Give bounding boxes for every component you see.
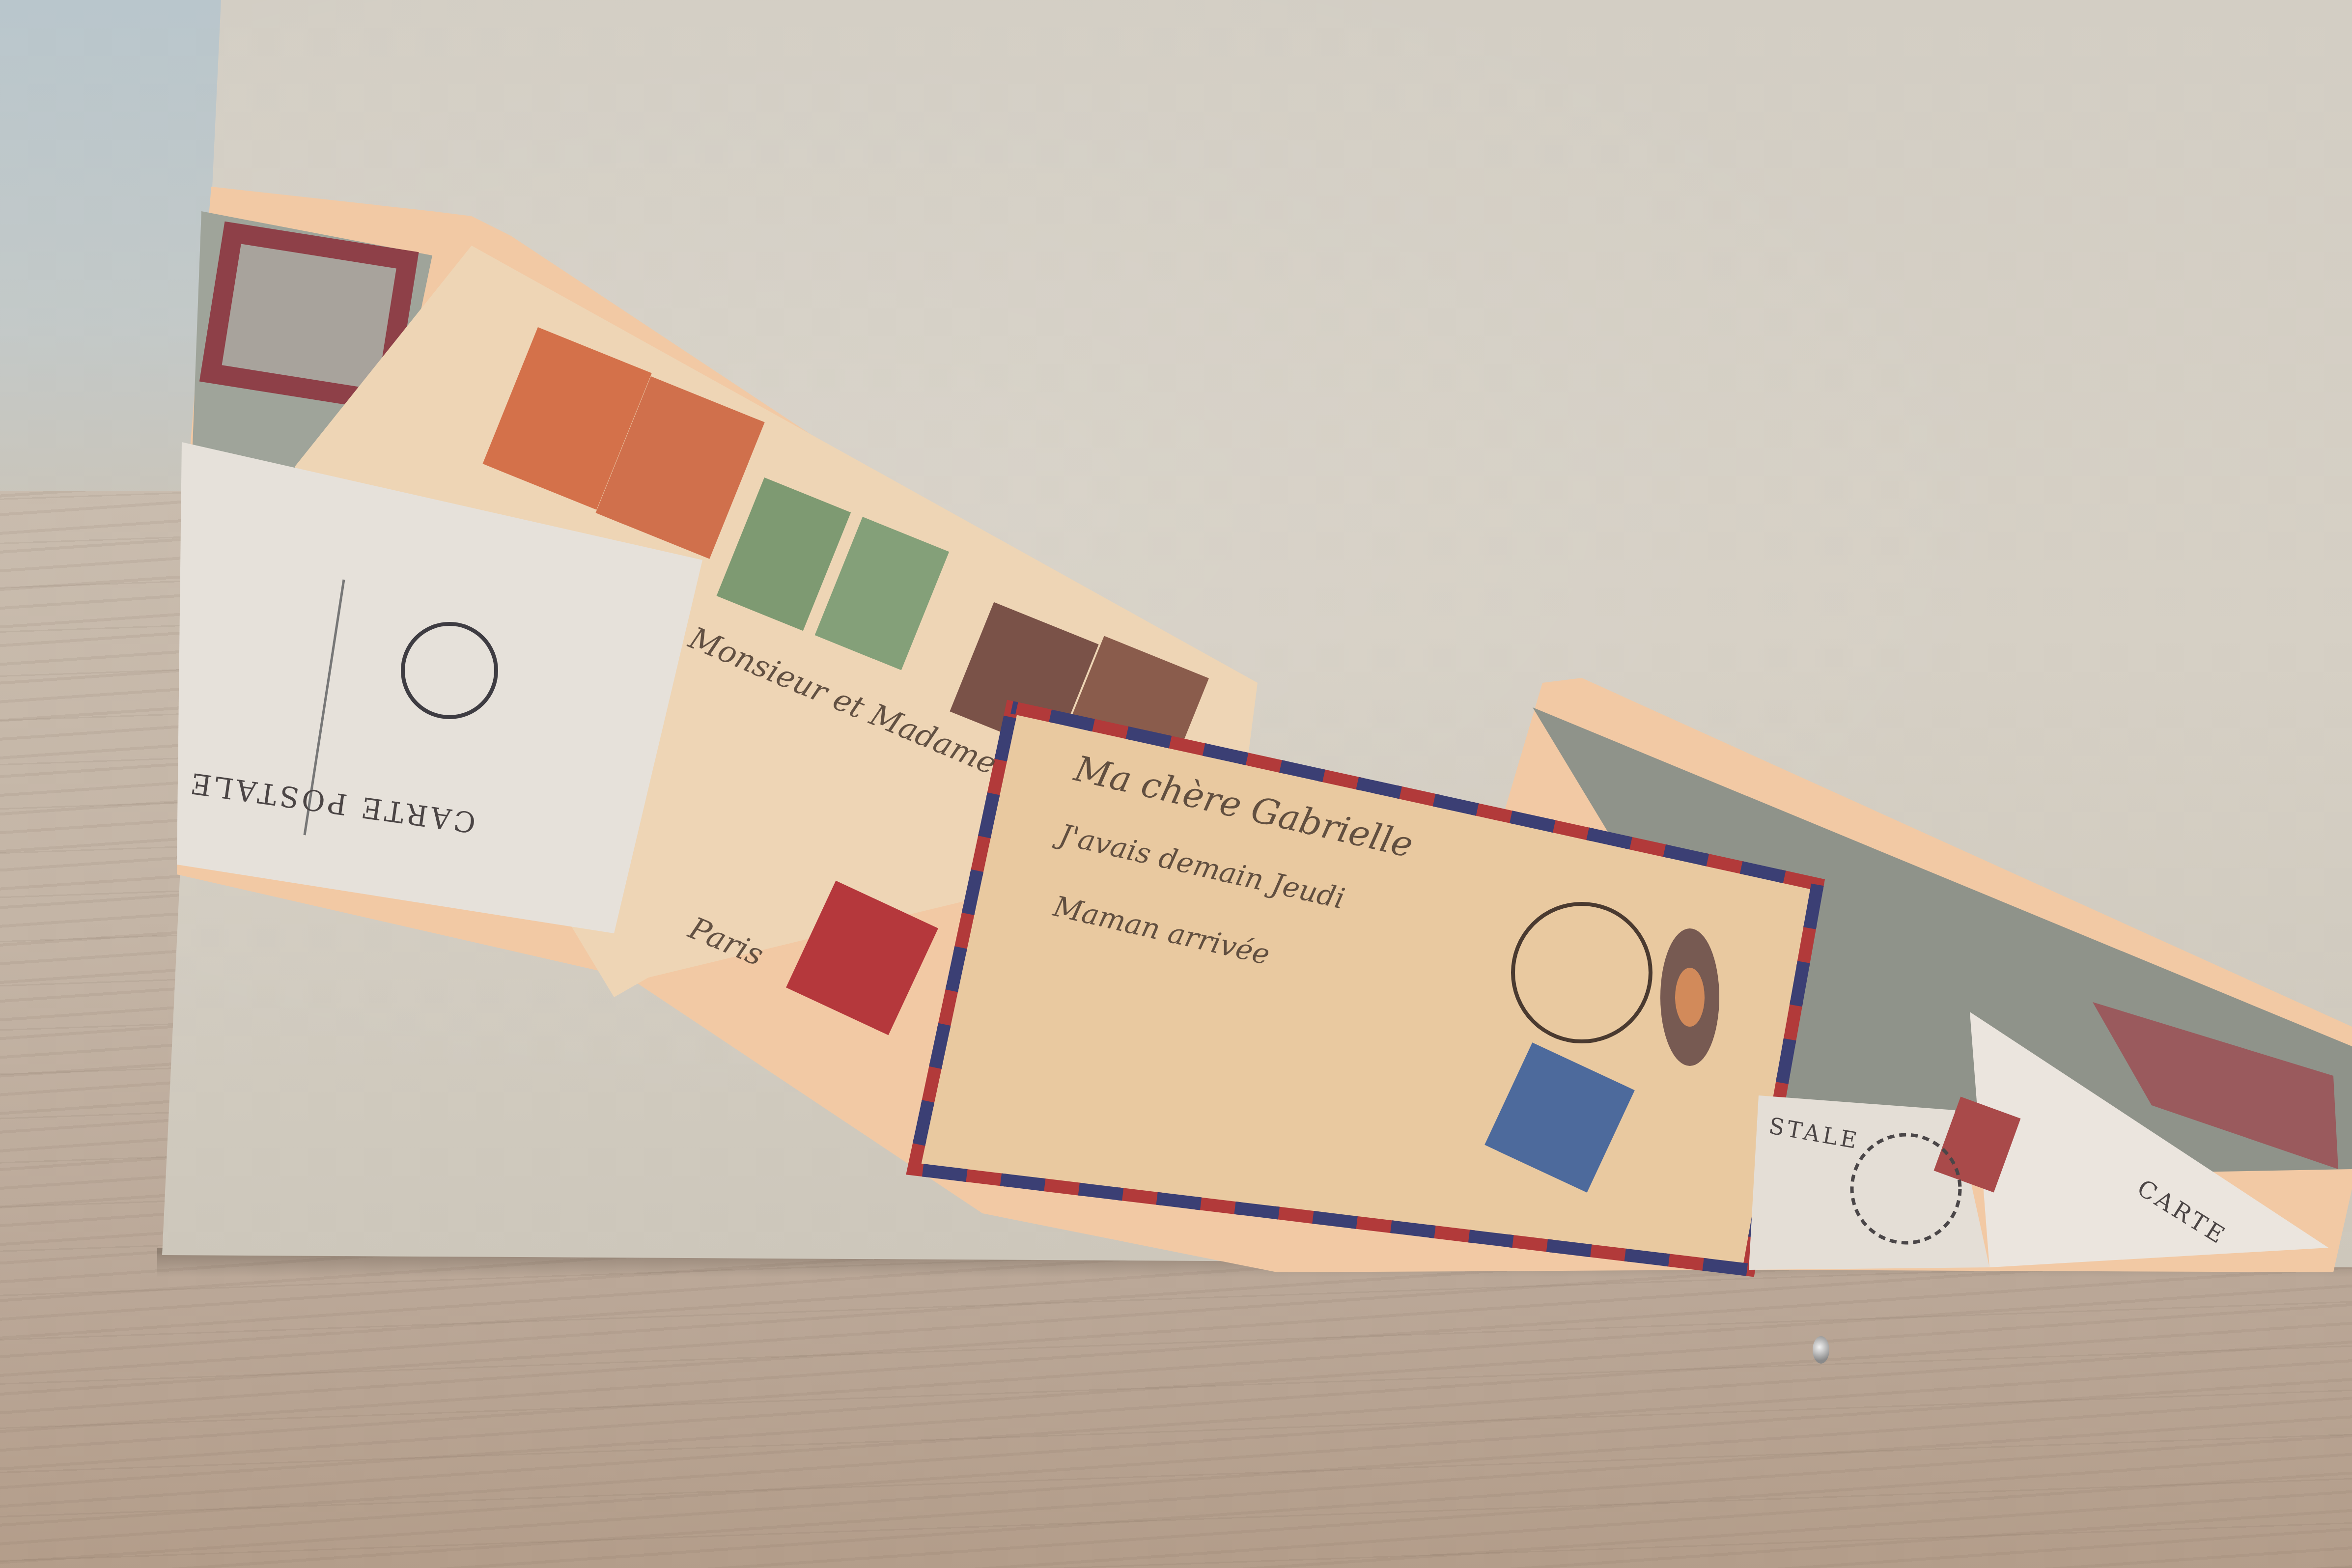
photo-scene: CARTE POSTALE CARTE STALE Ma chère Gabri… (0, 0, 2352, 1568)
washi-tape: CARTE POSTALE CARTE STALE Ma chère Gabri… (0, 0, 2352, 1568)
